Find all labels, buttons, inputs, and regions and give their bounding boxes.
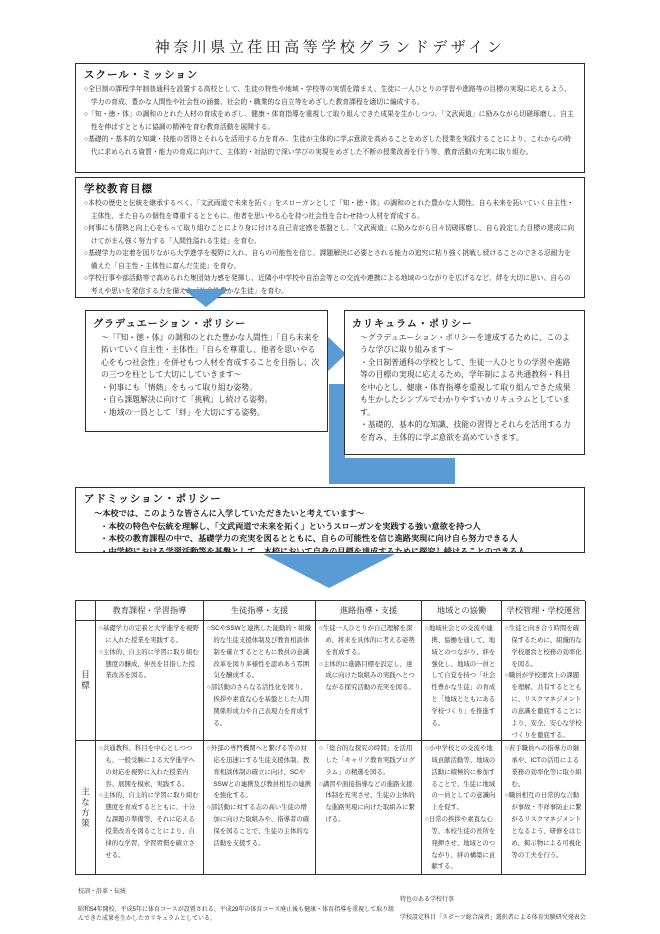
- curriculum-policy-item: ・基礎的、基本的な知識、技能の習得とそれらを活用する力を育み、主体的に学ぶ意欲を…: [360, 419, 577, 444]
- measure-item: ○「総合的な探究の時間」を活用した「キャリア教育実践プログラム」の精選を図る。: [319, 743, 418, 779]
- admission-policy-item: ・中学校における学習活動等を基盤として、本校において自身の目標を達成するために探…: [94, 546, 576, 553]
- education-goals-heading: 学校教育目標: [84, 181, 576, 196]
- education-goals-box: 学校教育目標 ○本校の歴史と伝統を継承するべく、「文武両道で未来を拓く」をスロー…: [75, 177, 585, 298]
- row-label-goals: 目標: [76, 621, 96, 741]
- goal-item: ○基礎学力の定着と大学進学を視野に入れた授業を実践する。: [99, 623, 200, 647]
- admission-policy-intro: ～本校では、このような皆さんに入学していただきたいと考えています～: [94, 508, 576, 521]
- goal-item: ○主体的、自主的に学習に取り組む態度の醸成、伸長を目指した授業改善を図る。: [99, 647, 200, 683]
- admission-policy-item: ・本校の特色や伝統を理解し、「文武両道で未来を拓く」というスローガンを実践する強…: [94, 521, 576, 534]
- measure-item: ○共通教科、科目を中心としつつも、一般受験による大学進学への対応を視野に入れた授…: [99, 743, 200, 790]
- footer-right-title: 特色のある学校行事: [400, 896, 586, 905]
- admission-policy-box: アドミッション・ポリシー ～本校では、このような皆さんに入学していただきたいと考…: [75, 487, 585, 553]
- education-goals-body: ○本校の歴史と伝統を継承するべく、「文武両道で未来を拓く」をスローガンとして「知…: [84, 198, 576, 298]
- column-header-student-support: 生徒指導・支援: [204, 601, 316, 621]
- admission-policy-body: ～本校では、このような皆さんに入学していただきたいと考えています～ ・本校の特色…: [84, 508, 576, 553]
- goal-cell-school-management: ○生徒と向き合う時間を確保するために、組織的な学校運営と校務の効率化を図る。 ○…: [502, 621, 586, 741]
- big-down-arrow-icon: [263, 554, 395, 588]
- admission-policy-item: ・本校の教育課程の中で、基礎学力の充実を図るとともに、自らの可能性を信じ進路実現…: [94, 533, 576, 546]
- goal-item: ○職員が学校運営上の課題を理解、共有するとともに、リスクマネジメントの意識を徹底…: [505, 670, 582, 741]
- curriculum-policy-heading: カリキュラム・ポリシー: [352, 315, 577, 330]
- graduation-policy-item: ・自ら課題解決に向けて「挑戦」し続ける姿勢。: [101, 394, 320, 406]
- admission-policy-heading: アドミッション・ポリシー: [84, 491, 576, 506]
- school-mission-item: ○「知・徳・体」の調和のとれた人材の育成をめざし、健康・体育指導を重視して取り組…: [84, 109, 576, 134]
- right-arrow-icon: [325, 334, 346, 374]
- school-mission-item: ○基礎的・基本的な知識・技能の習得とそれらを活用する力を育み、生徒が主体的に学ぶ…: [84, 134, 576, 159]
- footer-right-body: 学校設定科目「スポーツ総合演習」選択者による体育実験研究発表会: [400, 914, 586, 923]
- school-mission-heading: スクール・ミッション: [84, 67, 576, 82]
- footer-left-body: 昭和54年開校、平成5年に体育コースが設置される、平成29年の体育コース廃止後も…: [78, 906, 398, 924]
- goal-item: ○SCやSSWと連携した能動的・組織的な生徒支援体制及び教育相談体制を確立すると…: [207, 623, 312, 682]
- curriculum-policy-item: ・全日制普通科の学校として、生徒一人ひとりの学習や進路等の目標の実現に応えるため…: [360, 357, 577, 419]
- goal-item: ○主体的に進路目標を設定し、達成に向けた取組みの実践へとつながる探究活動の充実を…: [319, 659, 418, 695]
- column-header-career-support: 進路指導・支援: [316, 601, 422, 621]
- page-title: 神奈川県立荏田高等学校グランドデザイン: [0, 36, 660, 57]
- footer-right-note: 特色のある学校行事 学校設定科目「スポーツ総合演習」選択者による体育実験研究発表…: [400, 896, 586, 923]
- graduation-policy-item: ・地域の一員として「絆」を大切にする姿勢。: [101, 407, 320, 419]
- education-goals-item: ○学校行事や部活動等で高められた集団効力感を発揮し、近隣小中学校や自治会等との交…: [84, 273, 576, 298]
- goal-item: ○地域社会との交流や連携、協働を通して、地域とのつながり、絆を強化し、地域の一員…: [425, 623, 498, 730]
- school-mission-item: ○全日制の課程学年制普通科を設置する高校として、生徒の特性や地域・学校等の実情を…: [84, 84, 576, 109]
- table-corner-cell: [76, 601, 96, 621]
- curriculum-policy-body: ～グラデュエーション・ポリシーを達成するために、このような学びに取り組みます～ …: [352, 332, 577, 444]
- measures-cell-community: ○小中学校との交流や地域貢献活動等、地域の活動に積極的に参加することで、生徒に地…: [422, 741, 502, 875]
- measure-item: ○若手職員への指導力の継承や、ICTの活用による業務の効率化等に取り組む。: [505, 743, 582, 790]
- goal-cell-career-support: ○生徒一人ひとりが自己理解を深め、将来を具体的に考える姿勢を育成する。 ○主体的…: [316, 621, 422, 741]
- goal-cell-community: ○地域社会との交流や連携、協働を通して、地域とのつながり、絆を強化し、地域の一員…: [422, 621, 502, 741]
- measure-item: ○外部の専門機関へと繋げる等の対応を迅速にする生徒支援体制、教育相談体制の確立に…: [207, 743, 312, 802]
- measure-item: ○職員相互の日常的な言動が事故・不祥事防止に繋がるリスクマネジメントとなるよう、…: [505, 790, 582, 861]
- row-label-measures: 主な方策: [76, 741, 96, 875]
- goal-item: ○生徒一人ひとりが自己理解を深め、将来を具体的に考える姿勢を育成する。: [319, 623, 418, 659]
- graduation-policy-body: ～「『知・徳・体』の調和のとれた豊かな人間性」「自ら未来を拓いていく自主性・主体…: [93, 332, 320, 419]
- graduation-policy-box: グラデュエーション・ポリシー ～「『知・徳・体』の調和のとれた豊かな人間性」「自…: [85, 310, 328, 432]
- goal-item: ○部活動のさらなる活性化を図り、挨拶や素直な心を基盤とした人間関係形成力や自己表…: [207, 682, 312, 729]
- measures-cell-curriculum-guidance: ○共通教科、科目を中心としつつも、一般受験による大学進学への対応を視野に入れた授…: [96, 741, 204, 875]
- measure-item: ○部活動に対する志の高い生徒の増加に向けた取組みや、指導者の確保を図ることで、生…: [207, 802, 312, 849]
- education-goals-item: ○何事にも情熱と向上心をもって取り組むことにより身に付ける自己肯定感を基盤とし、…: [84, 223, 576, 248]
- column-header-curriculum-guidance: 教育課程・学習指導: [96, 601, 204, 621]
- grand-design-document: 神奈川県立荏田高等学校グランドデザイン スクール・ミッション ○全日制の課程学年…: [0, 0, 660, 934]
- goal-cell-curriculum-guidance: ○基礎学力の定着と大学進学を視野に入れた授業を実践する。 ○主体的、自主的に学習…: [96, 621, 204, 741]
- graduation-policy-item: ・何事にも「情熱」をもって取り組む姿勢。: [101, 382, 320, 394]
- column-header-community: 地域との協働: [422, 601, 502, 621]
- footer-left-note: 校訓・沿革・伝統 昭和54年開校、平成5年に体育コースが設置される、平成29年の…: [78, 888, 398, 924]
- goal-item: ○生徒と向き合う時間を確保するために、組織的な学校運営と校務の効率化を図る。: [505, 623, 582, 670]
- school-mission-body: ○全日制の課程学年制普通科を設置する高校として、生徒の特性や地域・学校等の実情を…: [84, 84, 576, 159]
- measure-item: ○主体的、自主的に学習に取り組む態度を育成するとともに、十分な課題の準備等、それ…: [99, 790, 200, 861]
- connector-ribbon-horizontal: [329, 458, 455, 484]
- measure-item: ○講習や面接指導などの進路支援体制を充実させ、生徒の主体的な進路実現に向けた取組…: [319, 779, 418, 826]
- measure-item: ○日常の挨拶や素直な心等、本校生徒の長所を発揮させ、地域とのつながり、絆の構築に…: [425, 814, 498, 873]
- goal-cell-student-support: ○SCやSSWと連携した能動的・組織的な生徒支援体制及び教育相談体制を確立すると…: [204, 621, 316, 741]
- footer-left-title: 校訓・沿革・伝統: [78, 888, 398, 897]
- education-goals-item: ○基礎学力の定着を図りながら大学進学を視野に入れ、自らの可能性を信じ、課題解決に…: [84, 248, 576, 273]
- graduation-policy-intro: ～「『知・徳・体』の調和のとれた豊かな人間性」「自ら未来を拓いていく自主性・主体…: [101, 332, 320, 382]
- measures-cell-career-support: ○「総合的な探究の時間」を活用した「キャリア教育実践プログラム」の精選を図る。 …: [316, 741, 422, 875]
- curriculum-policy-box: カリキュラム・ポリシー ～グラデュエーション・ポリシーを達成するために、このよう…: [344, 310, 585, 455]
- measures-cell-school-management: ○若手職員への指導力の継承や、ICTの活用による業務の効率化等に取り組む。 ○職…: [502, 741, 586, 875]
- column-header-school-management: 学校管理・学校運営: [502, 601, 586, 621]
- measure-item: ○小中学校との交流や地域貢献活動等、地域の活動に積極的に参加することで、生徒に地…: [425, 743, 498, 814]
- goals-measures-table: 教育課程・学習指導 生徒指導・支援 進路指導・支援 地域との協働 学校管理・学校…: [75, 600, 585, 875]
- curriculum-policy-intro: ～グラデュエーション・ポリシーを達成するために、このような学びに取り組みます～: [360, 332, 577, 357]
- down-arrow-icon: [183, 289, 229, 307]
- measures-cell-student-support: ○外部の専門機関へと繋げる等の対応を迅速にする生徒支援体制、教育相談体制の確立に…: [204, 741, 316, 875]
- school-mission-box: スクール・ミッション ○全日制の課程学年制普通科を設置する高校として、生徒の特性…: [75, 63, 585, 173]
- graduation-policy-heading: グラデュエーション・ポリシー: [93, 315, 320, 330]
- education-goals-item: ○本校の歴史と伝統を継承するべく、「文武両道で未来を拓く」をスローガンとして「知…: [84, 198, 576, 223]
